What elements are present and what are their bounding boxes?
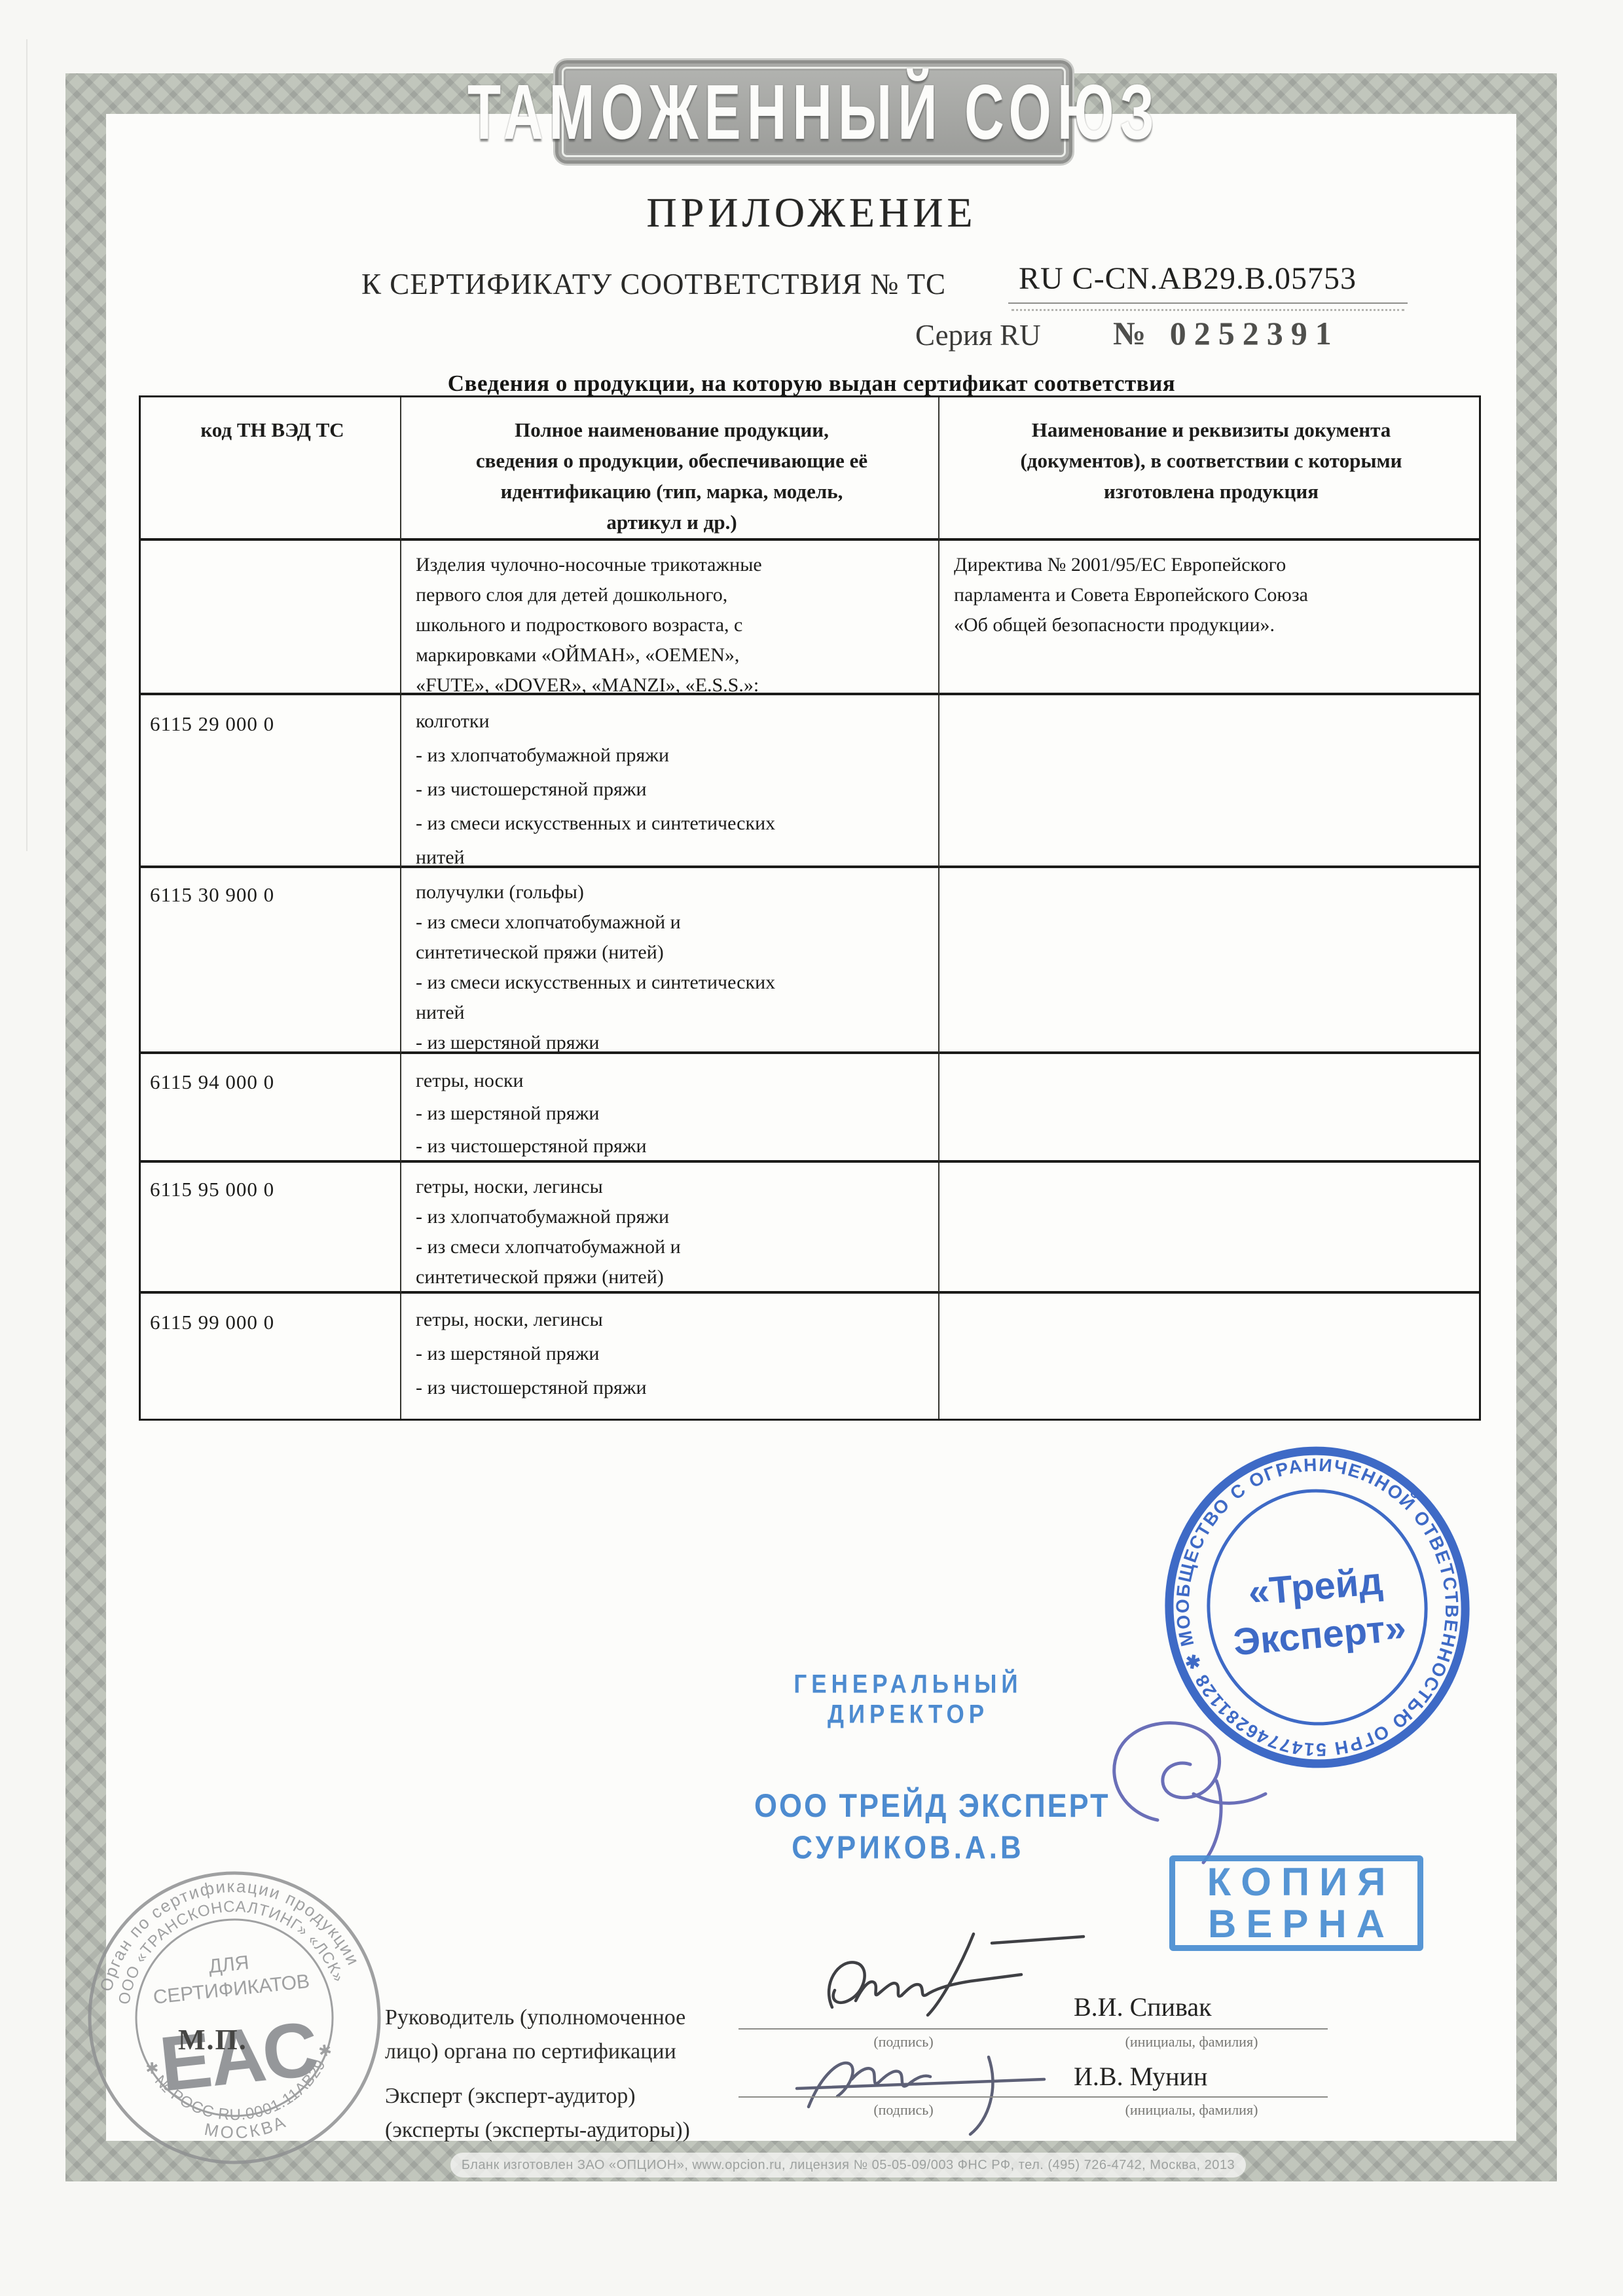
certification-body-stamp: Орган по сертификации продукции МОСКВА О…: [69, 1852, 400, 2183]
copy-verna-stamp: КОПИЯ ВЕРНА: [1169, 1855, 1423, 1951]
certificate-line-label: К СЕРТИФИКАТУ СООТВЕТСТВИЯ № ТС: [361, 267, 946, 301]
signature-caption: (подпись): [841, 2102, 966, 2119]
table-row-cell-code: 6115 94 000 0: [141, 1054, 401, 1163]
eac-logo: ЕАС: [156, 2005, 321, 2107]
table-row-cell-doc: Директива № 2001/95/ЕС Европейского парл…: [939, 541, 1479, 695]
stamp-center-line1: «Трейд: [1247, 1559, 1385, 1614]
table-row-cell-name: Изделия чулочно-носочные трикотажные пер…: [401, 541, 939, 695]
name-caption: (инициалы, фамилия): [1113, 2033, 1270, 2050]
name-rule: [1053, 2096, 1328, 2098]
certificate-number-underline: [1008, 302, 1408, 304]
col-header-document: Наименование и реквизиты документа (доку…: [939, 397, 1479, 541]
table-row-cell-doc: [939, 1054, 1479, 1163]
blank-imprint-text: Бланк изготовлен ЗАО «ОПЦИОН», www.opcio…: [462, 2158, 1235, 2173]
director-stamp-title: ГЕНЕРАЛЬНЫЙ ДИРЕКТОР: [754, 1669, 1062, 1730]
table-row-cell-name: гетры, носки, легинсы - из шерстяной пря…: [401, 1294, 939, 1419]
customs-union-badge: ТАМОЖЕННЫЙ СОЮЗ: [555, 60, 1072, 164]
series-number: № 0252391: [1113, 314, 1340, 352]
certificate-number: RU C-CN.АВ29.В.05753: [1019, 261, 1357, 297]
table-row-cell-doc: [939, 868, 1479, 1054]
signature-stroke: [797, 2057, 1044, 2134]
series-label: Серия RU: [915, 318, 1041, 352]
table-caption: Сведения о продукции, на которую выдан с…: [0, 371, 1623, 397]
suricov-signature: [1079, 1702, 1315, 1879]
expert-role-line2: (эксперты (эксперты-аудиторы)): [385, 2113, 791, 2147]
name-caption: (инициалы, фамилия): [1113, 2102, 1270, 2119]
head-role-line1: Руководитель (уполномоченное: [385, 2001, 752, 2035]
signature-stroke: [1114, 1723, 1266, 1863]
table-row-cell-code: 6115 99 000 0: [141, 1294, 401, 1419]
org-stamp-center-line1: ДЛЯ: [208, 1952, 250, 1977]
table-row-cell-doc: [939, 1294, 1479, 1419]
scanned-certificate-page: { "document": { "badge": "ТАМОЖЕННЫЙ СОЮ…: [0, 0, 1623, 2296]
copy-stamp-line2: ВЕРНА: [1198, 1903, 1395, 1945]
signature-rule: [739, 2096, 1069, 2098]
table-row-cell-code: 6115 95 000 0: [141, 1163, 401, 1294]
table-row-cell-doc: [939, 1163, 1479, 1294]
customs-union-badge-label: ТАМОЖЕННЫЙ СОЮЗ: [467, 67, 1160, 157]
table-row-cell-name: получулки (гольфы) - из смеси хлопчатобу…: [401, 868, 939, 1054]
page-title: ПРИЛОЖЕНИЕ: [0, 189, 1623, 237]
table-row-cell-code: 6115 29 000 0: [141, 695, 401, 868]
table-row-cell-code: 6115 30 900 0: [141, 868, 401, 1054]
expert-name: И.В. Мунин: [1074, 2061, 1207, 2092]
expert-role-label: Эксперт (эксперт-аудитор) (эксперты (экс…: [385, 2079, 791, 2147]
table-row-cell-name: гетры, носки, легинсы - из хлопчатобумаж…: [401, 1163, 939, 1294]
munin-signature: [789, 2035, 1064, 2140]
table-row-cell-code: [141, 541, 401, 695]
place-of-seal-mark: М.П.: [178, 2023, 247, 2056]
expert-role-line1: Эксперт (эксперт-аудитор): [385, 2079, 791, 2113]
spivak-signature: [795, 1923, 1103, 2035]
col-header-product-name: Полное наименование продукции, сведения …: [401, 397, 939, 541]
signature-rule: [739, 2028, 1069, 2030]
scan-artifact-line: [26, 39, 27, 851]
table-row-cell-name: гетры, носки - из шерстяной пряжи - из ч…: [401, 1054, 939, 1163]
product-table: код ТН ВЭД ТС Полное наименование продук…: [139, 395, 1481, 1421]
head-name: В.И. Спивак: [1074, 1992, 1212, 2022]
head-role-label: Руководитель (уполномоченное лицо) орган…: [385, 2001, 752, 2069]
copy-stamp-line1: КОПИЯ: [1197, 1861, 1396, 1903]
director-stamp-person: СУРИКОВ.А.В: [754, 1830, 1062, 1867]
certificate-number-microtext-line: [1012, 309, 1404, 311]
signature-stroke: [829, 1934, 1084, 2015]
table-row-cell-doc: [939, 695, 1479, 868]
director-stamp-company: ООО ТРЕЙД ЭКСПЕРТ: [754, 1787, 1062, 1825]
col-header-code: код ТН ВЭД ТС: [141, 397, 401, 541]
table-row-cell-name: колготки - из хлопчатобумажной пряжи - и…: [401, 695, 939, 868]
blank-imprint-pill: Бланк изготовлен ЗАО «ОПЦИОН», www.opcio…: [450, 2153, 1246, 2178]
stamp-center-line2: Эксперт»: [1231, 1606, 1408, 1664]
name-rule: [1053, 2028, 1328, 2030]
director-stamp-text: ГЕНЕРАЛЬНЫЙ ДИРЕКТОР ООО ТРЕЙД ЭКСПЕРТ С…: [754, 1673, 1062, 1865]
org-stamp-center-line2: СЕРТИФИКАТОВ: [152, 1971, 310, 2009]
head-role-line2: лицо) органа по сертификации: [385, 2035, 752, 2069]
